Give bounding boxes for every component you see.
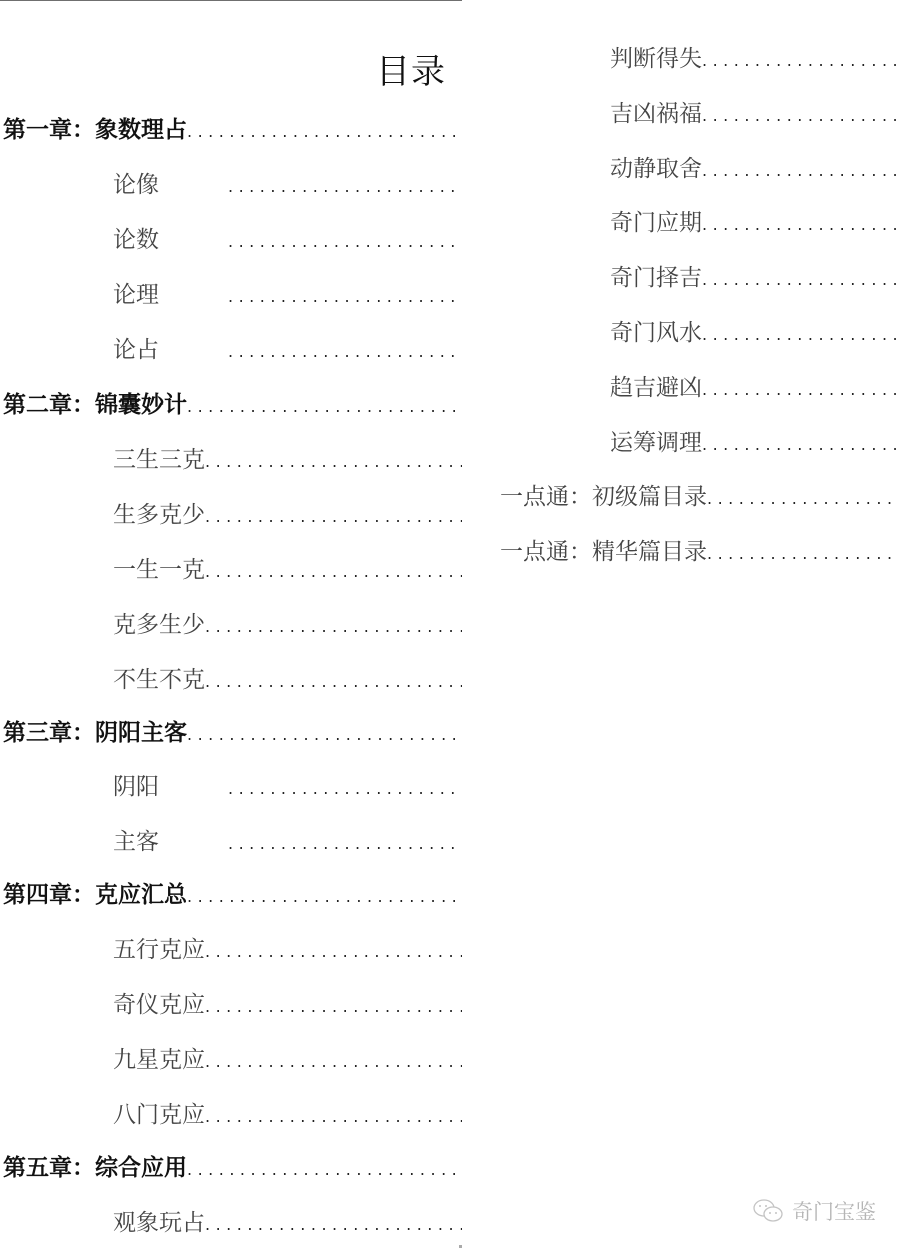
- toc-entry-label: 不生不克: [113, 665, 205, 695]
- toc-entry-char: 主: [113, 829, 136, 855]
- dot-leader: ...................................: [205, 612, 462, 640]
- toc-entry-sub[interactable]: 八门克应...................................: [113, 1100, 462, 1130]
- toc-entry-label: 奇仪克应: [113, 990, 205, 1020]
- dot-leader: ...................................: [702, 375, 896, 403]
- toc-entry-label: 奇门风水: [610, 318, 702, 348]
- toc-entry-label: 观象玩占: [113, 1208, 205, 1238]
- toc-entry-char: 论: [113, 337, 136, 363]
- watermark: 奇门宝鉴: [752, 1196, 876, 1226]
- toc-entry-sub[interactable]: 趋吉避凶...................................: [610, 373, 896, 403]
- dot-leader: ...................................: [187, 392, 462, 420]
- dot-leader: ...................................: [228, 774, 462, 802]
- dot-leader: ...................................: [205, 1210, 462, 1238]
- toc-entry-label: 八门克应: [113, 1100, 205, 1130]
- toc-entry-sub[interactable]: 主客...................................: [113, 827, 462, 857]
- dot-leader: ...................................: [205, 557, 462, 585]
- dot-leader: ...................................: [228, 282, 462, 310]
- dot-leader: ...................................: [205, 502, 462, 530]
- toc-entry-sub[interactable]: 不生不克...................................: [113, 665, 462, 695]
- toc-entry-sub[interactable]: 判断得失...................................: [610, 44, 896, 74]
- toc-entry-char: 阳: [136, 774, 159, 800]
- toc-entry-label: 趋吉避凶: [610, 373, 702, 403]
- dot-leader: ...................................: [702, 430, 896, 458]
- toc-entry-sub[interactable]: 运筹调理...................................: [610, 428, 896, 458]
- toc-entry-sub[interactable]: 阴阳...................................: [113, 772, 462, 802]
- toc-entry-label: 吉凶祸福: [610, 99, 702, 129]
- toc-entry-appendix[interactable]: 一点通：精华篇目录...............................…: [500, 537, 896, 567]
- dot-leader: ...................................: [702, 46, 896, 74]
- dot-leader: ...................................: [205, 1047, 462, 1075]
- toc-entry-sub[interactable]: 论像...................................: [113, 170, 462, 200]
- toc-entry-sub[interactable]: 奇仪克应...................................: [113, 990, 462, 1020]
- dot-leader: ...................................: [702, 265, 896, 293]
- toc-entry-label: 第二章：锦囊妙计: [3, 390, 187, 420]
- dot-leader: ...................................: [702, 101, 896, 129]
- dot-leader: ...................................: [702, 210, 896, 238]
- toc-entry-char: 像: [136, 172, 159, 198]
- toc-entry-char: 客: [136, 829, 159, 855]
- dot-leader: ...................................: [228, 337, 462, 365]
- dot-leader: ...................................: [707, 539, 896, 567]
- toc-entry-char: 阴: [113, 774, 136, 800]
- toc-entry-sub[interactable]: 观象玩占...................................: [113, 1208, 462, 1238]
- toc-entry-label: 判断得失: [610, 44, 702, 74]
- toc-entry-label: 一点通：初级篇目录: [500, 482, 707, 512]
- toc-entry-label: 奇门择吉: [610, 263, 702, 293]
- toc-entry-label: 论理: [113, 280, 228, 310]
- toc-entry-char: 论: [113, 172, 136, 198]
- toc-entry-label: 九星克应: [113, 1045, 205, 1075]
- dot-leader: ...................................: [205, 937, 462, 965]
- toc-entry-label: 一点通：精华篇目录: [500, 537, 707, 567]
- toc-entry-sub[interactable]: 三生三克...................................: [113, 445, 462, 475]
- dot-leader: ...................................: [187, 117, 462, 145]
- toc-entry-label: 生多克少: [113, 500, 205, 530]
- dot-leader: ...................................: [187, 720, 462, 748]
- page-title: 目录: [376, 44, 446, 93]
- toc-entry-label: 论占: [113, 335, 228, 365]
- toc-entry-label: 第五章：综合应用: [3, 1153, 187, 1183]
- toc-entry-sub[interactable]: 五行克应...................................: [113, 935, 462, 965]
- toc-entry-chapter[interactable]: 第三章：阴阳主客................................…: [3, 718, 462, 748]
- dot-leader: ...................................: [228, 172, 462, 200]
- toc-entry-label: 运筹调理: [610, 428, 702, 458]
- toc-entry-sub[interactable]: 九星克应...................................: [113, 1045, 462, 1075]
- toc-entry-label: 论数: [113, 225, 228, 255]
- toc-entry-chapter[interactable]: 第五章：综合应用................................…: [3, 1153, 462, 1183]
- toc-entry-label: 主客: [113, 827, 228, 857]
- dot-leader: ...................................: [205, 1102, 462, 1130]
- dot-leader: ...................................: [205, 992, 462, 1020]
- toc-entry-sub[interactable]: 动静取舍...................................: [610, 154, 896, 184]
- dot-leader: ...................................: [205, 447, 462, 475]
- wechat-icon: [752, 1198, 784, 1224]
- dot-leader: ...................................: [187, 882, 462, 910]
- toc-entry-sub[interactable]: 奇门择吉...................................: [610, 263, 896, 293]
- toc-entry-label: 五行克应: [113, 935, 205, 965]
- dot-leader: ...................................: [187, 1155, 462, 1183]
- toc-entry-sub[interactable]: 吉凶祸福...................................: [610, 99, 896, 129]
- toc-entry-sub[interactable]: 论数...................................: [113, 225, 462, 255]
- toc-entry-sub[interactable]: 奇门应期...................................: [610, 208, 896, 238]
- toc-entry-char: 论: [113, 227, 136, 253]
- toc-entry-char: 理: [136, 282, 159, 308]
- toc-entry-label: 三生三克: [113, 445, 205, 475]
- toc-entry-label: 奇门应期: [610, 208, 702, 238]
- dot-leader: ...................................: [707, 484, 896, 512]
- toc-entry-chapter[interactable]: 第一章：象数理占................................…: [3, 115, 462, 145]
- toc-entry-label: 论像: [113, 170, 228, 200]
- toc-entry-sub[interactable]: 生多克少...................................: [113, 500, 462, 530]
- toc-entry-label: 动静取舍: [610, 154, 702, 184]
- dot-leader: ...................................: [702, 156, 896, 184]
- watermark-text: 奇门宝鉴: [792, 1196, 876, 1226]
- dot-leader: ...................................: [702, 320, 896, 348]
- toc-entry-sub[interactable]: 奇门风水...................................: [610, 318, 896, 348]
- toc-entry-label: 阴阳: [113, 772, 228, 802]
- toc-entry-char: 数: [136, 227, 159, 253]
- dot-leader: ...................................: [228, 227, 462, 255]
- toc-entry-label: 克多生少: [113, 610, 205, 640]
- toc-entry-chapter[interactable]: 第四章：克应汇总................................…: [3, 880, 462, 910]
- toc-entry-appendix[interactable]: 一点通：初级篇目录...............................…: [500, 482, 896, 512]
- toc-entry-chapter[interactable]: 第二章：锦囊妙计................................…: [3, 390, 462, 420]
- toc-entry-sub[interactable]: 一生一克...................................: [113, 555, 462, 585]
- toc-entry-char: 占: [136, 337, 159, 363]
- dot-leader: ...................................: [205, 667, 462, 695]
- toc-entry-label: 第四章：克应汇总: [3, 880, 187, 910]
- toc-entry-label: 第三章：阴阳主客: [3, 718, 187, 748]
- toc-entry-char: 论: [113, 282, 136, 308]
- toc-entry-sub[interactable]: 克多生少...................................: [113, 610, 462, 640]
- dot-leader: ...................................: [228, 829, 462, 857]
- toc-entry-label: 一生一克: [113, 555, 205, 585]
- toc-entry-sub[interactable]: 论理...................................: [113, 280, 462, 310]
- top-rule: [0, 0, 462, 1]
- page-corner-mark: [459, 1245, 462, 1248]
- toc-entry-label: 第一章：象数理占: [3, 115, 187, 145]
- toc-entry-sub[interactable]: 论占...................................: [113, 335, 462, 365]
